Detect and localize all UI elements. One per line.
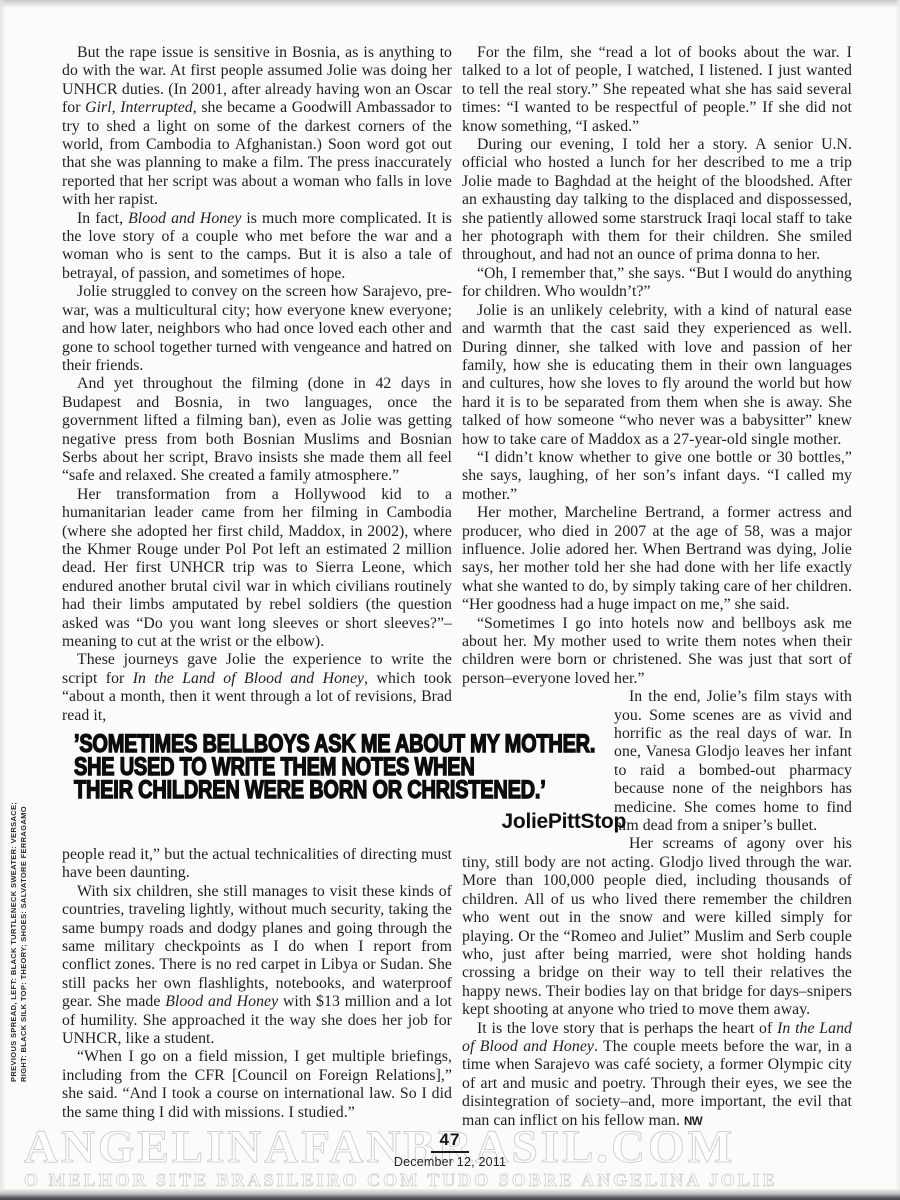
page-right-edge: [895, 0, 900, 1200]
paragraph: Her mother, Marcheline Bertrand, a forme…: [462, 504, 852, 614]
page-bottom-edge: [0, 1189, 900, 1200]
paragraph: Her screams of agony over his tiny, stil…: [462, 835, 852, 1019]
text-segment: “I didn’t know whether to give one bottl…: [462, 449, 852, 503]
text-segment: “Oh, I remember that,” she says. “But I …: [462, 265, 852, 300]
text-segment: “Sometimes I go into hotels now and bell…: [462, 615, 852, 687]
pull-quote-line: THEIR CHILDREN WERE BORN OR CHRISTENED.’: [74, 779, 674, 802]
text-segment: people read it,” but the actual technica…: [62, 846, 452, 881]
paragraph: “When I go on a field mission, I get mul…: [62, 1048, 452, 1122]
pull-quote: ’SOMETIMES BELLBOYS ASK ME ABOUT MY MOTH…: [74, 733, 674, 834]
paragraph: In fact, Blood and Honey is much more co…: [62, 210, 452, 284]
paragraph: Jolie is an unlikely celebrity, with a k…: [462, 302, 852, 449]
page-top-edge: [0, 0, 900, 7]
article-column-left-bottom: people read it,” but the actual technica…: [62, 846, 452, 1122]
paragraph: With six children, she still manages to …: [62, 883, 452, 1049]
text-segment: Her screams of agony over his tiny, stil…: [462, 835, 852, 1018]
text-segment: “When I go on a field mission, I get mul…: [62, 1048, 452, 1120]
text-segment: And yet throughout the filming (done in …: [62, 375, 452, 484]
paragraph: These journeys gave Jolie the experience…: [62, 651, 452, 725]
paragraph: For the film, she “read a lot of books a…: [462, 44, 852, 136]
text-segment: With six children, she still manages to …: [62, 883, 452, 1010]
italic-title: Girl, Interrupted: [85, 99, 193, 116]
text-segment: For the film, she “read a lot of books a…: [462, 44, 852, 135]
text-segment: Her transformation from a Hollywood kid …: [62, 486, 452, 650]
paragraph: During our evening, I told her a story. …: [462, 136, 852, 265]
magazine-page: { "pull_quote": { "lines": [ "’SOMETIMES…: [0, 0, 900, 1200]
pull-quote-attribution: JoliePittStop: [74, 810, 674, 834]
text-segment: In fact,: [77, 210, 128, 227]
photo-credit-line: PREVIOUS SPREAD, LEFT: BLACK TURTLENECK …: [9, 802, 19, 1082]
page-footer: 47 December 12, 2011: [0, 1130, 900, 1169]
paragraph: “Sometimes I go into hotels now and bell…: [462, 615, 852, 689]
paragraph: people read it,” but the actual technica…: [62, 846, 452, 883]
photo-credit-line: RIGHT: BLACK SILK TOP: THEORY; SHOES: SA…: [19, 802, 29, 1082]
watermark-tagline: O MELHOR SITE BRASILEIRO COM TUDO SOBRE …: [24, 1170, 874, 1191]
issue-date: December 12, 2011: [0, 1155, 900, 1169]
italic-title: In the Land of Blood and Honey: [133, 670, 364, 687]
article-column-right: For the film, she “read a lot of books a…: [462, 44, 852, 1131]
text-segment: It is the love story that is perhaps the…: [477, 1020, 777, 1037]
italic-title: Blood and Honey: [165, 993, 278, 1010]
photo-credits: PREVIOUS SPREAD, LEFT: BLACK TURTLENECK …: [9, 802, 28, 1082]
text-segment: Jolie struggled to convey on the screen …: [62, 283, 452, 374]
text-segment: During our evening, I told her a story. …: [462, 136, 852, 263]
paragraph: “I didn’t know whether to give one bottl…: [462, 449, 852, 504]
paragraph: “Oh, I remember that,” she says. “But I …: [462, 265, 852, 302]
page-number: 47: [431, 1130, 470, 1153]
paragraph: Jolie struggled to convey on the screen …: [62, 283, 452, 375]
paragraph: It is the love story that is perhaps the…: [462, 1020, 852, 1131]
text-segment: Her mother, Marcheline Bertrand, a forme…: [462, 504, 852, 613]
page-left-edge: [0, 0, 6, 1200]
paragraph: Her transformation from a Hollywood kid …: [62, 486, 452, 652]
text-segment: Jolie is an unlikely celebrity, with a k…: [462, 302, 852, 448]
paragraph: And yet throughout the filming (done in …: [62, 375, 452, 485]
article-column-left-top: But the rape issue is sensitive in Bosni…: [62, 44, 452, 725]
pull-quote-text: ’SOMETIMES BELLBOYS ASK ME ABOUT MY MOTH…: [74, 733, 674, 802]
paragraph: But the rape issue is sensitive in Bosni…: [62, 44, 452, 210]
italic-title: Blood and Honey: [128, 210, 241, 227]
